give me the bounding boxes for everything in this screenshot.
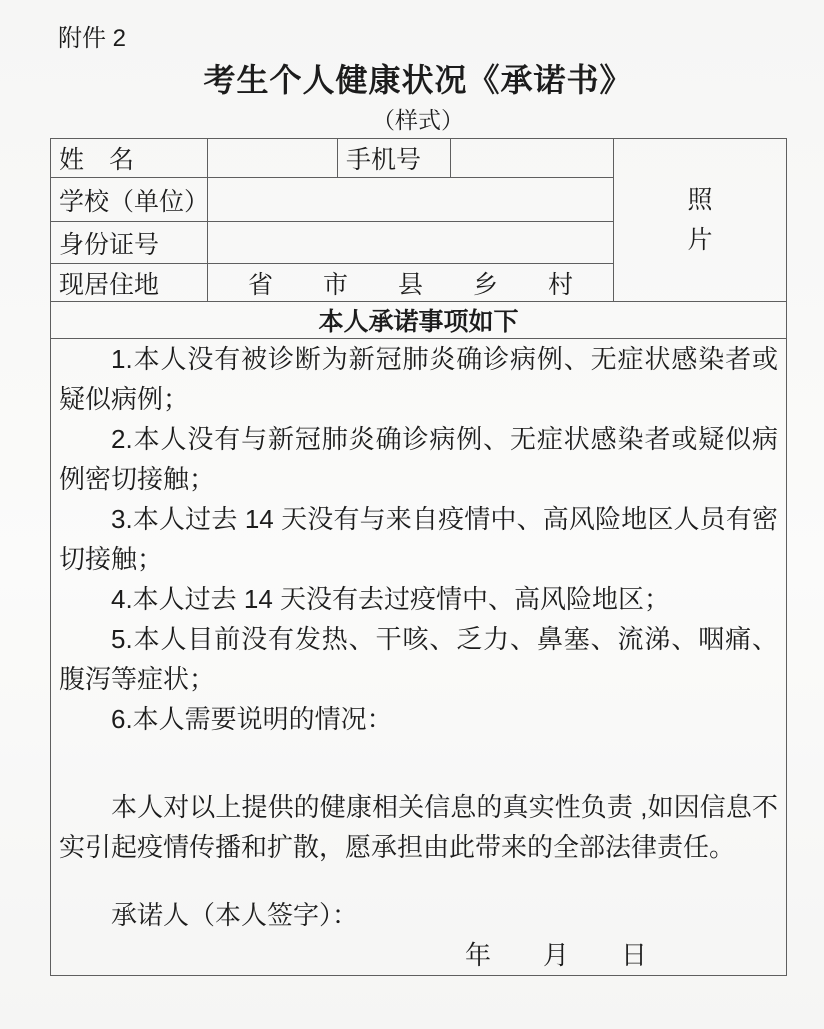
photo-label-line2: 片 — [687, 226, 712, 254]
document-page: 附件 2 考生个人健康状况《承诺书》 （样式） 姓 名 手机号 照 片 学校（ — [0, 0, 824, 1029]
commitment-item-5: 5.本人目前没有发热、干咳、乏力、鼻塞、流涕、咽痛、腹泻等症状； — [59, 619, 778, 699]
name-value-cell — [208, 139, 338, 178]
photo-cell: 照 片 — [614, 139, 787, 302]
row-name-phone: 姓 名 手机号 照 片 — [51, 139, 787, 178]
page-subtitle: （样式） — [50, 104, 786, 138]
row-commitment-header: 本人承诺事项如下 — [51, 302, 787, 339]
attachment-label: 附件 2 — [58, 24, 786, 58]
photo-label-line1: 照 — [687, 186, 712, 214]
declaration-paragraph: 本人对以上提供的健康相关信息的真实性负责 ,如因信息不实引起疫情传播和扩散，愿承… — [59, 787, 778, 867]
commitment-item-2: 2.本人没有与新冠肺炎确诊病例、无症状感染者或疑似病例密切接触； — [59, 419, 778, 499]
school-label: 学校（单位） — [51, 178, 208, 222]
commitment-header: 本人承诺事项如下 — [51, 302, 787, 339]
residence-value-cell: 省 市 县 乡 村 — [208, 264, 614, 302]
phone-label: 手机号 — [338, 139, 451, 178]
commitment-item-6: 6.本人需要说明的情况： — [59, 699, 778, 739]
school-value-cell — [208, 178, 614, 222]
id-number-label: 身份证号 — [51, 222, 208, 264]
residence-label: 现居住地 — [51, 264, 208, 302]
date-line: 年 月 日 — [59, 935, 778, 975]
id-number-value-cell — [208, 222, 614, 264]
health-commitment-form-table: 姓 名 手机号 照 片 学校（单位） 身份证号 现居住地 省 市 县 乡 村 — [50, 138, 787, 976]
name-label: 姓 名 — [51, 139, 208, 178]
row-commitment-body: 1.本人没有被诊断为新冠肺炎确诊病例、无症状感染者或疑似病例； 2.本人没有与新… — [51, 339, 787, 976]
page-title: 考生个人健康状况《承诺书》 — [50, 58, 786, 104]
commitment-item-4: 4.本人过去 14 天没有去过疫情中、高风险地区； — [59, 579, 778, 619]
commitment-item-3: 3.本人过去 14 天没有与来自疫情中、高风险地区人员有密切接触； — [59, 499, 778, 579]
phone-value-cell — [451, 139, 614, 178]
commitment-item-1: 1.本人没有被诊断为新冠肺炎确诊病例、无症状感染者或疑似病例； — [59, 339, 778, 419]
commitment-body-cell: 1.本人没有被诊断为新冠肺炎确诊病例、无症状感染者或疑似病例； 2.本人没有与新… — [51, 339, 787, 976]
signature-label: 承诺人（本人签字）： — [59, 895, 778, 935]
